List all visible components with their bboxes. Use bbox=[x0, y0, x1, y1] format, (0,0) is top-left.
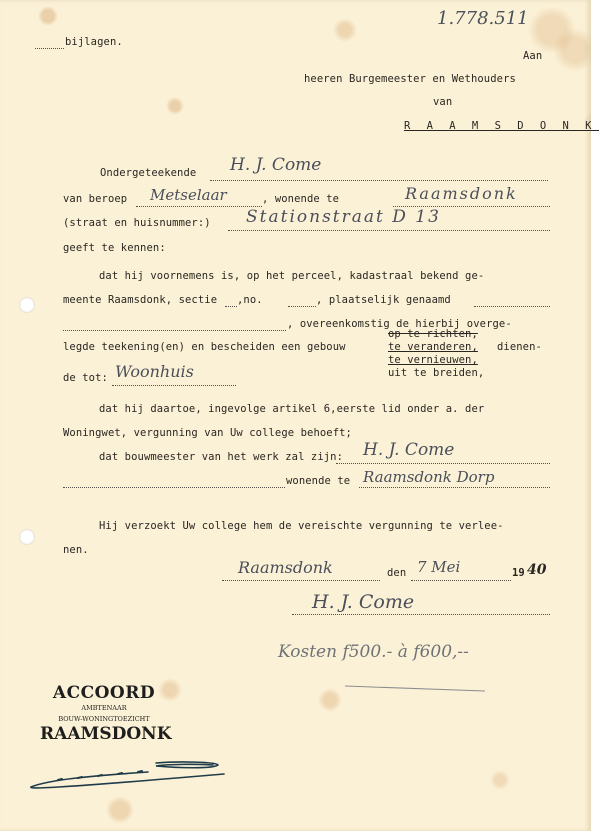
builder-residence: Raamsdonk Dorp bbox=[363, 468, 494, 486]
addressee-line1: heeren Burgemeester en Wethouders bbox=[304, 73, 516, 85]
stamp-municipality: RAAMSDONK bbox=[40, 724, 168, 744]
option-build: op te richten, bbox=[388, 328, 478, 340]
option-renew: te vernieuwen, bbox=[388, 354, 478, 366]
label-builder: dat bouwmeester van het werk zal zijn: bbox=[99, 451, 343, 463]
addressee-municipality: R A A M S D O N K . bbox=[404, 120, 599, 132]
body-dienen: dienen- bbox=[497, 341, 542, 353]
archive-number: 1.778.511 bbox=[437, 8, 529, 29]
signing-place: Raamsdonk bbox=[238, 558, 333, 577]
builder-name: H. J. Come bbox=[363, 440, 454, 460]
pencil-underline bbox=[345, 686, 485, 692]
place-name-field bbox=[474, 306, 550, 307]
pencil-cost-note: Kosten f500.- à f600,-- bbox=[278, 642, 469, 662]
label-purpose: de tot: bbox=[63, 372, 108, 384]
label-builder-residence: wonende te bbox=[286, 475, 350, 487]
applicant-address: Stationstraat D 13 bbox=[246, 207, 441, 227]
label-profession: van beroep bbox=[63, 193, 127, 205]
official-signature-icon bbox=[28, 760, 228, 790]
label-undersigned: Ondergeteekende bbox=[100, 167, 196, 179]
label-residence: , wonende te bbox=[262, 193, 339, 205]
stamp-accoord: ACCOORD bbox=[48, 683, 160, 703]
building-purpose: Woonhuis bbox=[115, 362, 194, 381]
place-line bbox=[222, 580, 380, 581]
applicant-signature: H. J. Come bbox=[312, 591, 414, 613]
signature-line bbox=[292, 614, 550, 615]
attachments-count-field bbox=[35, 48, 64, 49]
applicant-profession: Metselaar bbox=[150, 186, 227, 204]
body-para1-line1: dat hij voornemens is, op het perceel, k… bbox=[99, 270, 484, 282]
body-para1-line4: legde teekening(en) en bescheiden een ge… bbox=[63, 341, 346, 353]
section-field bbox=[225, 306, 237, 307]
label-declares: geeft te kennen: bbox=[63, 242, 166, 254]
request-line2: nen. bbox=[63, 544, 89, 556]
label-date: den bbox=[387, 567, 406, 579]
body-para1-line2b: ,no. bbox=[237, 294, 263, 306]
builder-line-cont bbox=[63, 487, 285, 488]
option-extend: uit te breiden, bbox=[388, 367, 484, 379]
applicant-residence: Raamsdonk bbox=[405, 184, 518, 203]
purpose-line bbox=[112, 385, 236, 386]
request-line1: Hij verzoekt Uw college hem de vereischt… bbox=[99, 520, 504, 532]
builder-name-line bbox=[336, 463, 550, 464]
builder-residence-line bbox=[359, 487, 550, 488]
date-line bbox=[411, 580, 511, 581]
stamp-department: BOUW-WONINGTOEZICHT bbox=[38, 715, 170, 723]
number-field bbox=[288, 306, 316, 307]
body-para2-line2: Woningwet, vergunning van Uw college beh… bbox=[63, 427, 352, 439]
punch-hole-bottom bbox=[19, 529, 35, 545]
body-para1-line2a: meente Raamsdonk, sectie bbox=[63, 294, 217, 306]
year-typed: 19 bbox=[512, 567, 525, 579]
addressee-line2: van bbox=[433, 96, 452, 108]
addressee-to: Aan bbox=[523, 50, 542, 62]
attachments-label: bijlagen. bbox=[65, 36, 123, 48]
stamp-official: AMBTENAAR bbox=[48, 704, 160, 712]
body-para1-line2c: , plaatselijk genaamd bbox=[316, 294, 451, 306]
year-handwritten: 40 bbox=[527, 562, 546, 578]
punch-hole-top bbox=[19, 297, 35, 313]
body-para2-line1: dat hij daartoe, ingevolge artikel 6,eer… bbox=[99, 403, 484, 415]
document-page: 1.778.511 bijlagen. Aan heeren Burgemees… bbox=[0, 0, 591, 831]
option-alter: te veranderen, bbox=[388, 341, 478, 353]
signing-date: 7 Mei bbox=[417, 558, 460, 576]
label-address: (straat en huisnummer:) bbox=[63, 217, 211, 229]
applicant-name: H. J. Come bbox=[230, 155, 321, 175]
address-line bbox=[228, 230, 550, 231]
name-line bbox=[210, 180, 548, 181]
place-name-field-cont bbox=[63, 330, 286, 331]
profession-line bbox=[136, 206, 262, 207]
